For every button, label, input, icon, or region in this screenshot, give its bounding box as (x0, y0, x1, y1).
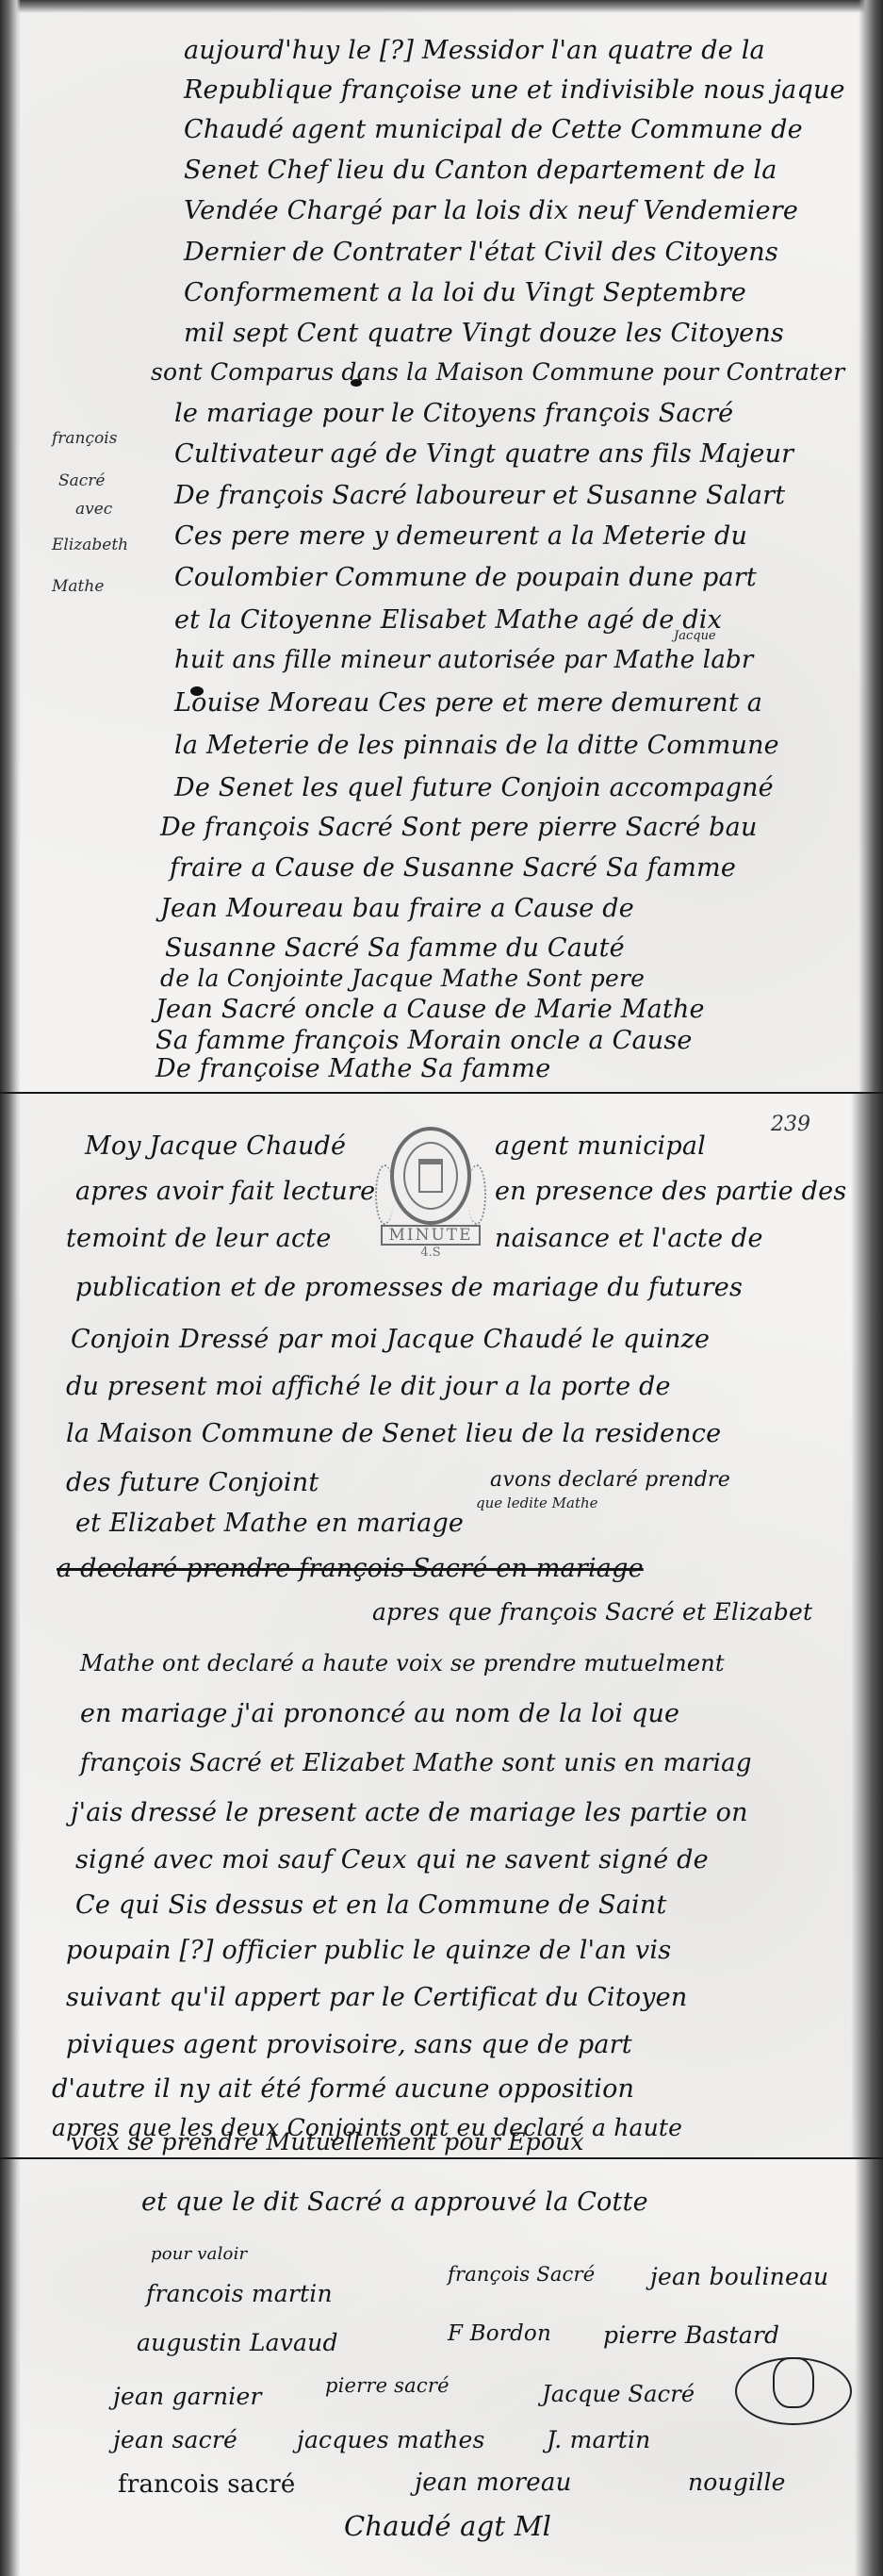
page-edge-right (858, 0, 883, 1092)
text-line: signé avec moi sauf Ceux qui ne savent s… (75, 1845, 709, 1874)
text-line: suivant qu'il appert par le Certificat d… (66, 1983, 687, 2012)
stamp-sub-label: 4.S (369, 1246, 492, 1260)
text-line: la Meterie de les pinnais de la ditte Co… (174, 731, 779, 760)
document-panel-3: et que le dit Sacré a approuvé la Cotte … (0, 2159, 883, 2576)
signature: augustin Lavaud (137, 2329, 338, 2356)
text-line: temoint de leur acte (66, 1224, 332, 1253)
text-line: poupain [?] officier public le quinze de… (66, 1936, 671, 1965)
text-line: piviques agent provisoire, sans que de p… (66, 2030, 632, 2059)
text-line: françois Sacré et Elizabet Mathe sont un… (80, 1749, 752, 1777)
ink-blot (190, 686, 204, 696)
text-line: Cultivateur agé de Vingt quatre ans fils… (174, 439, 793, 469)
signature: françois Sacré (448, 2263, 595, 2286)
struck-text: a declaré prendre françois Sacré en mari… (57, 1554, 644, 1583)
text-line: apres avoir fait lecture (75, 1177, 375, 1206)
margin-note-line: Sacré (58, 471, 106, 490)
page-edge-left (0, 1094, 21, 2157)
text-line: avons declaré prendre (490, 1468, 730, 1492)
text-line: Ces pere mere y demeurent a la Meterie d… (174, 521, 747, 551)
text-line: Chaudé agent municipal de Cette Commune … (184, 115, 803, 144)
text-line: Republique françoise une et indivisible … (184, 75, 845, 105)
text-line: de la Conjointe Jacque Mathe Sont pere (160, 965, 645, 992)
text-line: Ce qui Sis dessus et en la Commune de Sa… (75, 1891, 667, 1920)
signature: J. martin (547, 2426, 650, 2453)
text-line: Vendée Chargé par la lois dix neuf Vende… (184, 196, 798, 225)
text-line: le mariage pour le Citoyens françois Sac… (174, 399, 733, 428)
text-line: Louise Moreau Ces pere et mere demurent … (174, 688, 762, 718)
text-line: sont Comparus dans la Maison Commune pou… (151, 358, 844, 386)
document-panel-2: 239 Moy Jacque Chaudé agent municipal ap… (0, 1094, 883, 2157)
margin-note-line: Elizabeth (52, 536, 128, 554)
page-edge-right (851, 1094, 883, 2157)
signature: pierre sacré (325, 2374, 450, 2397)
signature: jean sacré (113, 2426, 237, 2453)
signature: jean boulineau (650, 2263, 828, 2290)
margin-note-line: françois (52, 429, 117, 448)
laurel-right-icon (467, 1164, 486, 1225)
text-line: pour valoir (151, 2244, 247, 2264)
signature: Jacque Sacré (542, 2381, 695, 2407)
interlinear-insertion: que ledite Mathe (476, 1494, 598, 1511)
text-line: Conformement a la loi du Vingt Septembre (184, 278, 746, 307)
text-line: Coulombier Commune de poupain dune part (174, 563, 757, 592)
text-line: naisance et l'acte de (495, 1224, 763, 1253)
text-line: d'autre il ny ait été formé aucune oppos… (52, 2074, 634, 2104)
text-line: et la Citoyenne Elisabet Mathe agé de di… (174, 605, 722, 635)
text-line: Senet Chef lieu du Canton departement de… (184, 156, 777, 185)
signature: jean garnier (113, 2383, 262, 2410)
page-number: 239 (771, 1113, 810, 1136)
text-line: De françois Sacré laboureur et Susanne S… (174, 481, 785, 510)
signature: nougille (688, 2469, 786, 2496)
page-edge-left (0, 2159, 21, 2576)
signature: F Bordon (448, 2321, 551, 2346)
text-line: aujourd'huy le [?] Messidor l'an quatre … (184, 36, 765, 65)
interlinear-insertion: Jacque (674, 629, 716, 643)
text-line: en presence des partie des (495, 1177, 846, 1206)
document-panel-1: aujourd'huy le [?] Messidor l'an quatre … (0, 0, 883, 1092)
margin-note-line: Mathe (52, 577, 104, 596)
text-line: Dernier de Contrater l'état Civil des Ci… (184, 238, 778, 267)
text-line: Mathe ont declaré a haute voix se prendr… (80, 1650, 725, 1676)
text-line: voix se prendre Mutuellement pour Epoux (71, 2128, 584, 2155)
text-line: du present moi affiché le dit jour a la … (66, 1372, 671, 1401)
text-line: Conjoin Dressé par moi Jacque Chaudé le … (71, 1325, 710, 1354)
text-line: et Elizabet Mathe en mariage (75, 1509, 464, 1538)
text-line: De françois Sacré Sont pere pierre Sacré… (160, 813, 758, 842)
text-line: des future Conjoint (66, 1468, 319, 1497)
text-line: fraire a Cause de Susanne Sacré Sa famme (170, 853, 736, 883)
text-line: apres que françois Sacré et Elizabet (372, 1598, 812, 1626)
text-line: Jean Sacré oncle a Cause de Marie Mathe (155, 995, 705, 1024)
text-line: et que le dit Sacré a approuvé la Cotte (141, 2188, 648, 2217)
text-line: huit ans fille mineur autorisée par Math… (174, 646, 754, 674)
page-edge-right (855, 2159, 883, 2576)
margin-note-line: avec (75, 500, 112, 519)
stamp-emblem-icon (418, 1159, 443, 1193)
minute-stamp: MINUTE 4.S (369, 1127, 492, 1259)
laurel-left-icon (375, 1164, 394, 1225)
signature: pierre Bastard (603, 2321, 779, 2349)
page-edge-left (0, 0, 21, 1092)
text-line: Susanne Sacré Sa famme du Cauté (165, 933, 625, 963)
text-line: De Senet les quel future Conjoin accompa… (174, 773, 774, 802)
signature: jacques mathes (297, 2426, 485, 2453)
ink-blot (351, 379, 362, 387)
text-line: mil sept Cent quatre Vingt douze les Cit… (184, 319, 784, 348)
stamp-label: MINUTE (381, 1225, 481, 1246)
text-line: en mariage j'ai prononcé au nom de la lo… (80, 1699, 679, 1728)
text-line: la Maison Commune de Senet lieu de la re… (66, 1419, 721, 1448)
signature: francois martin (146, 2280, 333, 2307)
signature-flourish (773, 2357, 814, 2408)
page-edge-top (0, 0, 883, 13)
text-line: Moy Jacque Chaudé (85, 1131, 346, 1161)
signature: jean moreau (415, 2469, 572, 2497)
text-line: Sa famme françois Morain oncle a Cause (155, 1026, 693, 1055)
text-line: publication et de promesses de mariage d… (75, 1273, 743, 1302)
text-line: agent municipal (495, 1131, 706, 1161)
signature: francois sacré (118, 2470, 295, 2499)
text-line: j'ais dressé le present acte de mariage … (71, 1798, 748, 1827)
text-line: Jean Moureau bau fraire a Cause de (160, 894, 634, 923)
signature: Chaudé agt Ml (344, 2510, 551, 2542)
text-line: De françoise Mathe Sa famme (155, 1054, 550, 1083)
